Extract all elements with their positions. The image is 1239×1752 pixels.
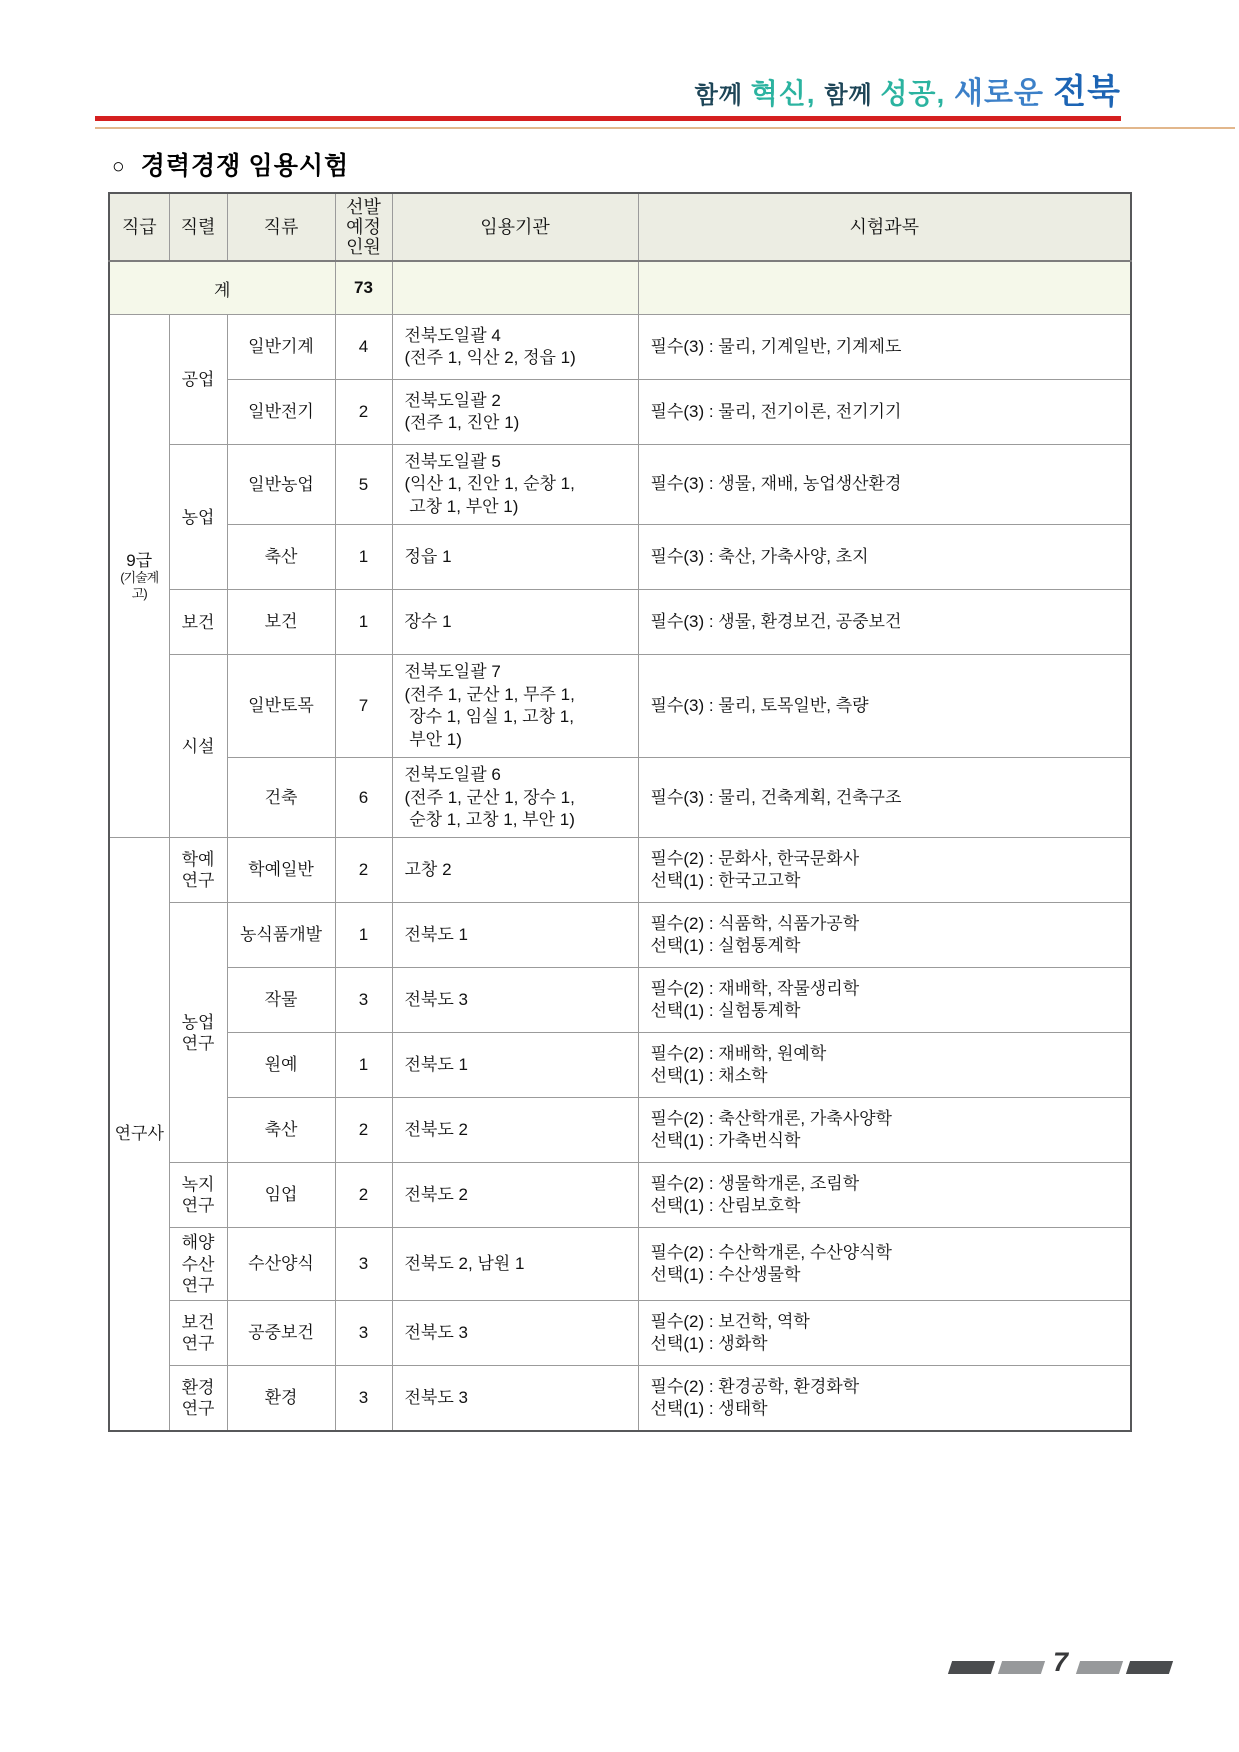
total-count: 73 bbox=[335, 261, 392, 315]
rank-label: 연구사 bbox=[114, 1124, 165, 1144]
table-row: 시설일반토목7전북도일괄 7 (전주 1, 군산 1, 무주 1, 장수 1, … bbox=[109, 655, 1131, 758]
table-row: 보건 연구공중보건3전북도 3필수(2) : 보건학, 역학 선택(1) : 생… bbox=[109, 1301, 1131, 1366]
cell-job: 일반전기 bbox=[227, 380, 335, 445]
table-row: 9급(기술계고)공업일반기계4전북도일괄 4 (전주 1, 익산 2, 정읍 1… bbox=[109, 315, 1131, 380]
cell-agency: 전북도 1 bbox=[392, 903, 638, 968]
cell-agency: 전북도일괄 5 (익산 1, 진안 1, 순창 1, 고창 1, 부안 1) bbox=[392, 445, 638, 525]
cell-agency: 전북도 2, 남원 1 bbox=[392, 1228, 638, 1301]
cell-count: 2 bbox=[335, 838, 392, 903]
total-label: 계 bbox=[109, 261, 335, 315]
table-row: 녹지 연구임업2전북도 2필수(2) : 생물학개론, 조림학 선택(1) : … bbox=[109, 1163, 1131, 1228]
section-bullet: ○ bbox=[112, 154, 126, 178]
table-row: 원예1전북도 1필수(2) : 재배학, 원예학 선택(1) : 채소학 bbox=[109, 1033, 1131, 1098]
table-row: 농업일반농업5전북도일괄 5 (익산 1, 진안 1, 순창 1, 고창 1, … bbox=[109, 445, 1131, 525]
cell-job: 건축 bbox=[227, 758, 335, 838]
table-row: 보건보건1장수 1필수(3) : 생물, 환경보건, 공중보건 bbox=[109, 590, 1131, 655]
table-row: 축산2전북도 2필수(2) : 축산학개론, 가축사양학 선택(1) : 가축번… bbox=[109, 1098, 1131, 1163]
cell-job: 일반기계 bbox=[227, 315, 335, 380]
cell-subjects: 필수(3) : 생물, 환경보건, 공중보건 bbox=[638, 590, 1131, 655]
cell-job: 작물 bbox=[227, 968, 335, 1033]
cell-agency: 전북도 3 bbox=[392, 968, 638, 1033]
cell-job: 축산 bbox=[227, 1098, 335, 1163]
total-empty-cell bbox=[392, 261, 638, 315]
logo-segment: 함께 bbox=[695, 82, 751, 109]
cell-series: 농업 연구 bbox=[169, 903, 227, 1163]
cell-job: 축산 bbox=[227, 525, 335, 590]
column-header: 선발 예정 인원 bbox=[335, 193, 392, 261]
cell-agency: 고창 2 bbox=[392, 838, 638, 903]
cell-rank: 9급(기술계고) bbox=[109, 315, 169, 838]
cell-agency: 전북도 1 bbox=[392, 1033, 638, 1098]
cell-job: 공중보건 bbox=[227, 1301, 335, 1366]
cell-agency: 전북도 2 bbox=[392, 1098, 638, 1163]
section-heading: ○경력경쟁 임용시험 bbox=[112, 146, 349, 182]
cell-agency: 전북도 3 bbox=[392, 1366, 638, 1432]
cell-subjects: 필수(2) : 재배학, 원예학 선택(1) : 채소학 bbox=[638, 1033, 1131, 1098]
cell-subjects: 필수(3) : 축산, 가축사양, 초지 bbox=[638, 525, 1131, 590]
column-header: 직류 bbox=[227, 193, 335, 261]
cell-agency: 전북도일괄 7 (전주 1, 군산 1, 무주 1, 장수 1, 임실 1, 고… bbox=[392, 655, 638, 758]
cell-subjects: 필수(3) : 물리, 토목일반, 측량 bbox=[638, 655, 1131, 758]
cell-series: 시설 bbox=[169, 655, 227, 838]
table-row: 건축6전북도일괄 6 (전주 1, 군산 1, 장수 1, 순창 1, 고창 1… bbox=[109, 758, 1131, 838]
footer-bar bbox=[1126, 1661, 1173, 1674]
table-row: 해양 수산 연구수산양식3전북도 2, 남원 1필수(2) : 수산학개론, 수… bbox=[109, 1228, 1131, 1301]
cell-subjects: 필수(2) : 환경공학, 환경화학 선택(1) : 생태학 bbox=[638, 1366, 1131, 1432]
cell-series: 학예 연구 bbox=[169, 838, 227, 903]
logo-segment: 새로운 bbox=[954, 77, 1053, 110]
cell-job: 농식품개발 bbox=[227, 903, 335, 968]
total-row: 계73 bbox=[109, 261, 1131, 315]
cell-agency: 전북도일괄 6 (전주 1, 군산 1, 장수 1, 순창 1, 고창 1, 부… bbox=[392, 758, 638, 838]
cell-agency: 정읍 1 bbox=[392, 525, 638, 590]
column-header: 임용기관 bbox=[392, 193, 638, 261]
cell-count: 3 bbox=[335, 1366, 392, 1432]
cell-job: 수산양식 bbox=[227, 1228, 335, 1301]
page-footer: 7 bbox=[950, 1650, 1171, 1674]
cell-job: 원예 bbox=[227, 1033, 335, 1098]
cell-subjects: 필수(3) : 물리, 전기이론, 전기기기 bbox=[638, 380, 1131, 445]
cell-subjects: 필수(2) : 축산학개론, 가축사양학 선택(1) : 가축번식학 bbox=[638, 1098, 1131, 1163]
cell-subjects: 필수(3) : 물리, 기계일반, 기계제도 bbox=[638, 315, 1131, 380]
logo-segment: 전북 bbox=[1053, 73, 1121, 111]
cell-count: 1 bbox=[335, 525, 392, 590]
cell-count: 7 bbox=[335, 655, 392, 758]
table-row: 일반전기2전북도일괄 2 (전주 1, 진안 1)필수(3) : 물리, 전기이… bbox=[109, 380, 1131, 445]
table-row: 농업 연구농식품개발1전북도 1필수(2) : 식품학, 식품가공학 선택(1)… bbox=[109, 903, 1131, 968]
cell-series: 보건 bbox=[169, 590, 227, 655]
cell-count: 2 bbox=[335, 1163, 392, 1228]
cell-count: 1 bbox=[335, 903, 392, 968]
cell-series: 녹지 연구 bbox=[169, 1163, 227, 1228]
cell-job: 학예일반 bbox=[227, 838, 335, 903]
document-page: 함께 혁신, 함께 성공, 새로운 전북 ○경력경쟁 임용시험 직급직렬직류선발… bbox=[0, 0, 1239, 1752]
cell-series: 환경 연구 bbox=[169, 1366, 227, 1432]
total-empty-cell bbox=[638, 261, 1131, 315]
cell-agency: 장수 1 bbox=[392, 590, 638, 655]
cell-subjects: 필수(2) : 수산학개론, 수산양식학 선택(1) : 수산생물학 bbox=[638, 1228, 1131, 1301]
cell-job: 보건 bbox=[227, 590, 335, 655]
page-number: 7 bbox=[1053, 1650, 1068, 1674]
column-header: 직렬 bbox=[169, 193, 227, 261]
cell-count: 5 bbox=[335, 445, 392, 525]
table-row: 환경 연구환경3전북도 3필수(2) : 환경공학, 환경화학 선택(1) : … bbox=[109, 1366, 1131, 1432]
cell-subjects: 필수(3) : 물리, 건축계획, 건축구조 bbox=[638, 758, 1131, 838]
table-row: 연구사학예 연구학예일반2고창 2필수(2) : 문화사, 한국문화사 선택(1… bbox=[109, 838, 1131, 903]
cell-job: 임업 bbox=[227, 1163, 335, 1228]
jeonbuk-logo: 함께 혁신, 함께 성공, 새로운 전북 bbox=[695, 64, 1121, 113]
cell-subjects: 필수(2) : 보건학, 역학 선택(1) : 생화학 bbox=[638, 1301, 1131, 1366]
column-header: 직급 bbox=[109, 193, 169, 261]
table-header-row: 직급직렬직류선발 예정 인원임용기관시험과목 bbox=[109, 193, 1131, 261]
cell-series: 공업 bbox=[169, 315, 227, 445]
cell-count: 6 bbox=[335, 758, 392, 838]
cell-count: 2 bbox=[335, 380, 392, 445]
logo-segment: 함께 bbox=[824, 82, 880, 109]
cell-count: 4 bbox=[335, 315, 392, 380]
header-rule-primary bbox=[95, 116, 1121, 121]
cell-count: 3 bbox=[335, 968, 392, 1033]
footer-bars-right bbox=[1078, 1661, 1171, 1674]
cell-subjects: 필수(2) : 식품학, 식품가공학 선택(1) : 실험통계학 bbox=[638, 903, 1131, 968]
cell-job: 일반농업 bbox=[227, 445, 335, 525]
table-body: 계739급(기술계고)공업일반기계4전북도일괄 4 (전주 1, 익산 2, 정… bbox=[109, 261, 1131, 1431]
footer-bar bbox=[998, 1661, 1045, 1674]
header-rule-secondary bbox=[95, 127, 1235, 129]
footer-bars-left bbox=[950, 1661, 1043, 1674]
cell-rank: 연구사 bbox=[109, 838, 169, 1431]
cell-subjects: 필수(3) : 생물, 재배, 농업생산환경 bbox=[638, 445, 1131, 525]
section-title: 경력경쟁 임용시험 bbox=[141, 153, 349, 180]
cell-job: 일반토목 bbox=[227, 655, 335, 758]
recruitment-exam-table: 직급직렬직류선발 예정 인원임용기관시험과목 계739급(기술계고)공업일반기계… bbox=[108, 192, 1132, 1432]
cell-series: 농업 bbox=[169, 445, 227, 590]
cell-count: 3 bbox=[335, 1301, 392, 1366]
cell-subjects: 필수(2) : 재배학, 작물생리학 선택(1) : 실험통계학 bbox=[638, 968, 1131, 1033]
cell-subjects: 필수(2) : 문화사, 한국문화사 선택(1) : 한국고고학 bbox=[638, 838, 1131, 903]
cell-count: 1 bbox=[335, 590, 392, 655]
column-header: 시험과목 bbox=[638, 193, 1131, 261]
cell-agency: 전북도일괄 2 (전주 1, 진안 1) bbox=[392, 380, 638, 445]
cell-agency: 전북도일괄 4 (전주 1, 익산 2, 정읍 1) bbox=[392, 315, 638, 380]
table-row: 작물3전북도 3필수(2) : 재배학, 작물생리학 선택(1) : 실험통계학 bbox=[109, 968, 1131, 1033]
cell-count: 3 bbox=[335, 1228, 392, 1301]
cell-agency: 전북도 3 bbox=[392, 1301, 638, 1366]
rank-sublabel: (기술계고) bbox=[114, 570, 165, 601]
cell-job: 환경 bbox=[227, 1366, 335, 1432]
cell-subjects: 필수(2) : 생물학개론, 조림학 선택(1) : 산림보호학 bbox=[638, 1163, 1131, 1228]
logo-segment: 성공, bbox=[880, 78, 954, 109]
cell-agency: 전북도 2 bbox=[392, 1163, 638, 1228]
logo-segment: 혁신, bbox=[751, 78, 825, 109]
cell-series: 보건 연구 bbox=[169, 1301, 227, 1366]
footer-bar bbox=[1076, 1661, 1123, 1674]
cell-count: 2 bbox=[335, 1098, 392, 1163]
table-row: 축산1정읍 1필수(3) : 축산, 가축사양, 초지 bbox=[109, 525, 1131, 590]
rank-label: 9급 bbox=[114, 551, 165, 571]
cell-series: 해양 수산 연구 bbox=[169, 1228, 227, 1301]
cell-count: 1 bbox=[335, 1033, 392, 1098]
footer-bar bbox=[948, 1661, 995, 1674]
